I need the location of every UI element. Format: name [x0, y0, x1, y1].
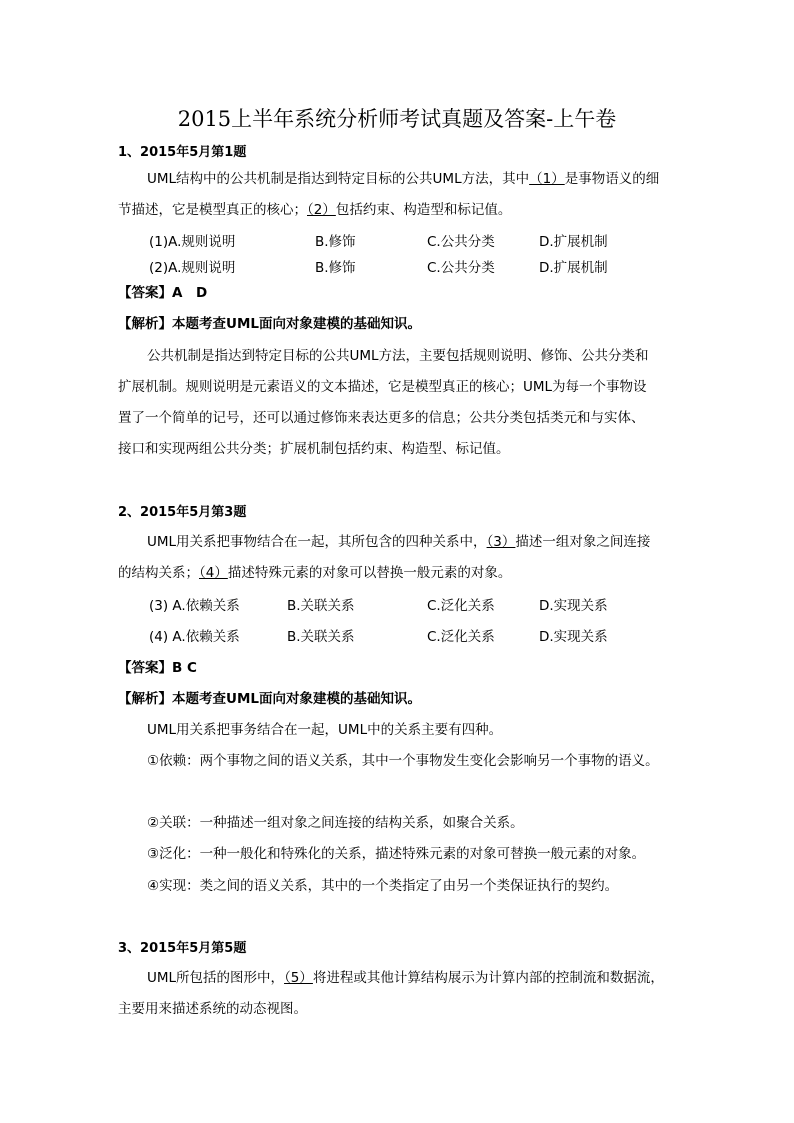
answer-label: 【答案】: [118, 285, 172, 301]
blank-3: （3）: [487, 534, 516, 550]
question-3-heading: 3、2015年5月第5题: [118, 937, 246, 956]
question-1-stem-line-1: UML结构中的公共机制是指达到特定目标的公共UML方法，其中（1）是事物语义的细: [147, 167, 659, 187]
blank-4: （4）: [199, 565, 228, 581]
question-1-answer: 【答案】A D: [118, 281, 207, 301]
question-2-stem-line-2: 的结构关系；（4）描述特殊元素的对象可以替换一般元素的对象。: [118, 561, 511, 581]
question-2-analysis-heading: 【解析】本题考查UML面向对象建模的基础知识。: [118, 687, 421, 707]
answer-label: 【答案】: [118, 660, 172, 676]
stem-text: 描述特殊元素的对象可以替换一般元素的对象。: [228, 565, 512, 581]
stem-text: 包括约束、构造型和标记值。: [336, 202, 512, 218]
option-d: D.实现关系: [539, 594, 608, 614]
option-d: D.实现关系: [539, 625, 608, 645]
question-2-stem-line-1: UML用关系把事物结合在一起，其所包含的四种关系中，（3）描述一组对象之间连接: [147, 530, 650, 550]
analysis-paragraph-line: 扩展机制。规则说明是元素语义的文本描述，它是模型真正的核心；UML为每一个事物设: [118, 375, 647, 395]
analysis-label: 【解析】: [118, 316, 172, 332]
blank-2: （2）: [307, 202, 336, 218]
question-1-heading: 1、2015年5月第1题: [118, 141, 246, 160]
option-b: B.修饰: [315, 256, 356, 276]
option-b: B.关联关系: [287, 594, 355, 614]
analysis-item-realization: ④实现：类之间的语义关系，其中的一个类指定了由另一个类保证执行的契约。: [147, 874, 618, 894]
question-1-analysis-heading: 【解析】本题考查UML面向对象建模的基础知识。: [118, 312, 421, 332]
analysis-paragraph-line: 置了一个简单的记号，还可以通过修饰来表达更多的信息；公共分类包括类元和与实体、: [118, 406, 645, 426]
document-title: 2015上半年系统分析师考试真题及答案-上午卷: [0, 103, 794, 133]
option-d: D.扩展机制: [539, 230, 608, 250]
analysis-title: 本题考查UML面向对象建模的基础知识。: [172, 691, 421, 707]
stem-text: UML结构中的公共机制是指达到特定目标的公共UML方法，其中: [147, 171, 529, 187]
option-c: C.公共分类: [427, 256, 495, 276]
answer-value: B C: [172, 660, 197, 676]
stem-text: 的结构关系；: [118, 565, 199, 581]
stem-text: 将进程或其他计算结构展示为计算内部的控制流和数据流，: [313, 970, 664, 986]
blank-1: （1）: [529, 171, 565, 187]
analysis-paragraph-line: 公共机制是指达到特定目标的公共UML方法，主要包括规则说明、修饰、公共分类和: [147, 344, 649, 364]
analysis-paragraph-line: 接口和实现两组公共分类；扩展机制包括约束、构造型、标记值。: [118, 437, 510, 457]
analysis-item-association: ②关联：一种描述一组对象之间连接的结构关系，如聚合关系。: [147, 811, 524, 831]
analysis-item-dependency: ①依赖：两个事物之间的语义关系，其中一个事物发生变化会影响另一个事物的语义。: [147, 749, 659, 769]
question-2-heading: 2、2015年5月第3题: [118, 501, 246, 520]
analysis-paragraph-line: UML用关系把事务结合在一起，UML中的关系主要有四种。: [147, 718, 502, 738]
stem-text: 描述一组对象之间连接: [515, 534, 650, 550]
stem-text: 节描述，它是模型真正的核心；: [118, 202, 307, 218]
stem-text: UML所包括的图形中，: [147, 970, 284, 986]
option-c: C.公共分类: [427, 230, 495, 250]
stem-text: UML用关系把事物结合在一起，其所包含的四种关系中，: [147, 534, 487, 550]
analysis-item-generalization: ③泛化：一种一般化和特殊化的关系，描述特殊元素的对象可替换一般元素的对象。: [147, 842, 645, 862]
question-2-answer: 【答案】B C: [118, 656, 197, 676]
answer-value: A D: [172, 285, 207, 301]
question-3-stem-line-2: 主要用来描述系统的动态视图。: [118, 997, 307, 1017]
option-c: C.泛化关系: [427, 594, 495, 614]
analysis-title: 本题考查UML面向对象建模的基础知识。: [172, 316, 421, 332]
blank-5: （5）: [284, 970, 313, 986]
question-1-stem-line-2: 节描述，它是模型真正的核心；（2）包括约束、构造型和标记值。: [118, 198, 511, 218]
question-3-stem-line-1: UML所包括的图形中，（5）将进程或其他计算结构展示为计算内部的控制流和数据流，: [147, 966, 664, 986]
option-a: (1)A.规则说明: [149, 230, 235, 250]
option-a: (4) A.依赖关系: [149, 625, 240, 645]
option-d: D.扩展机制: [539, 256, 608, 276]
analysis-label: 【解析】: [118, 691, 172, 707]
option-a: (3) A.依赖关系: [149, 594, 240, 614]
option-c: C.泛化关系: [427, 625, 495, 645]
stem-text: 是事物语义的细: [565, 171, 660, 187]
option-b: B.修饰: [315, 230, 356, 250]
option-b: B.关联关系: [287, 625, 355, 645]
option-a: (2)A.规则说明: [149, 256, 235, 276]
